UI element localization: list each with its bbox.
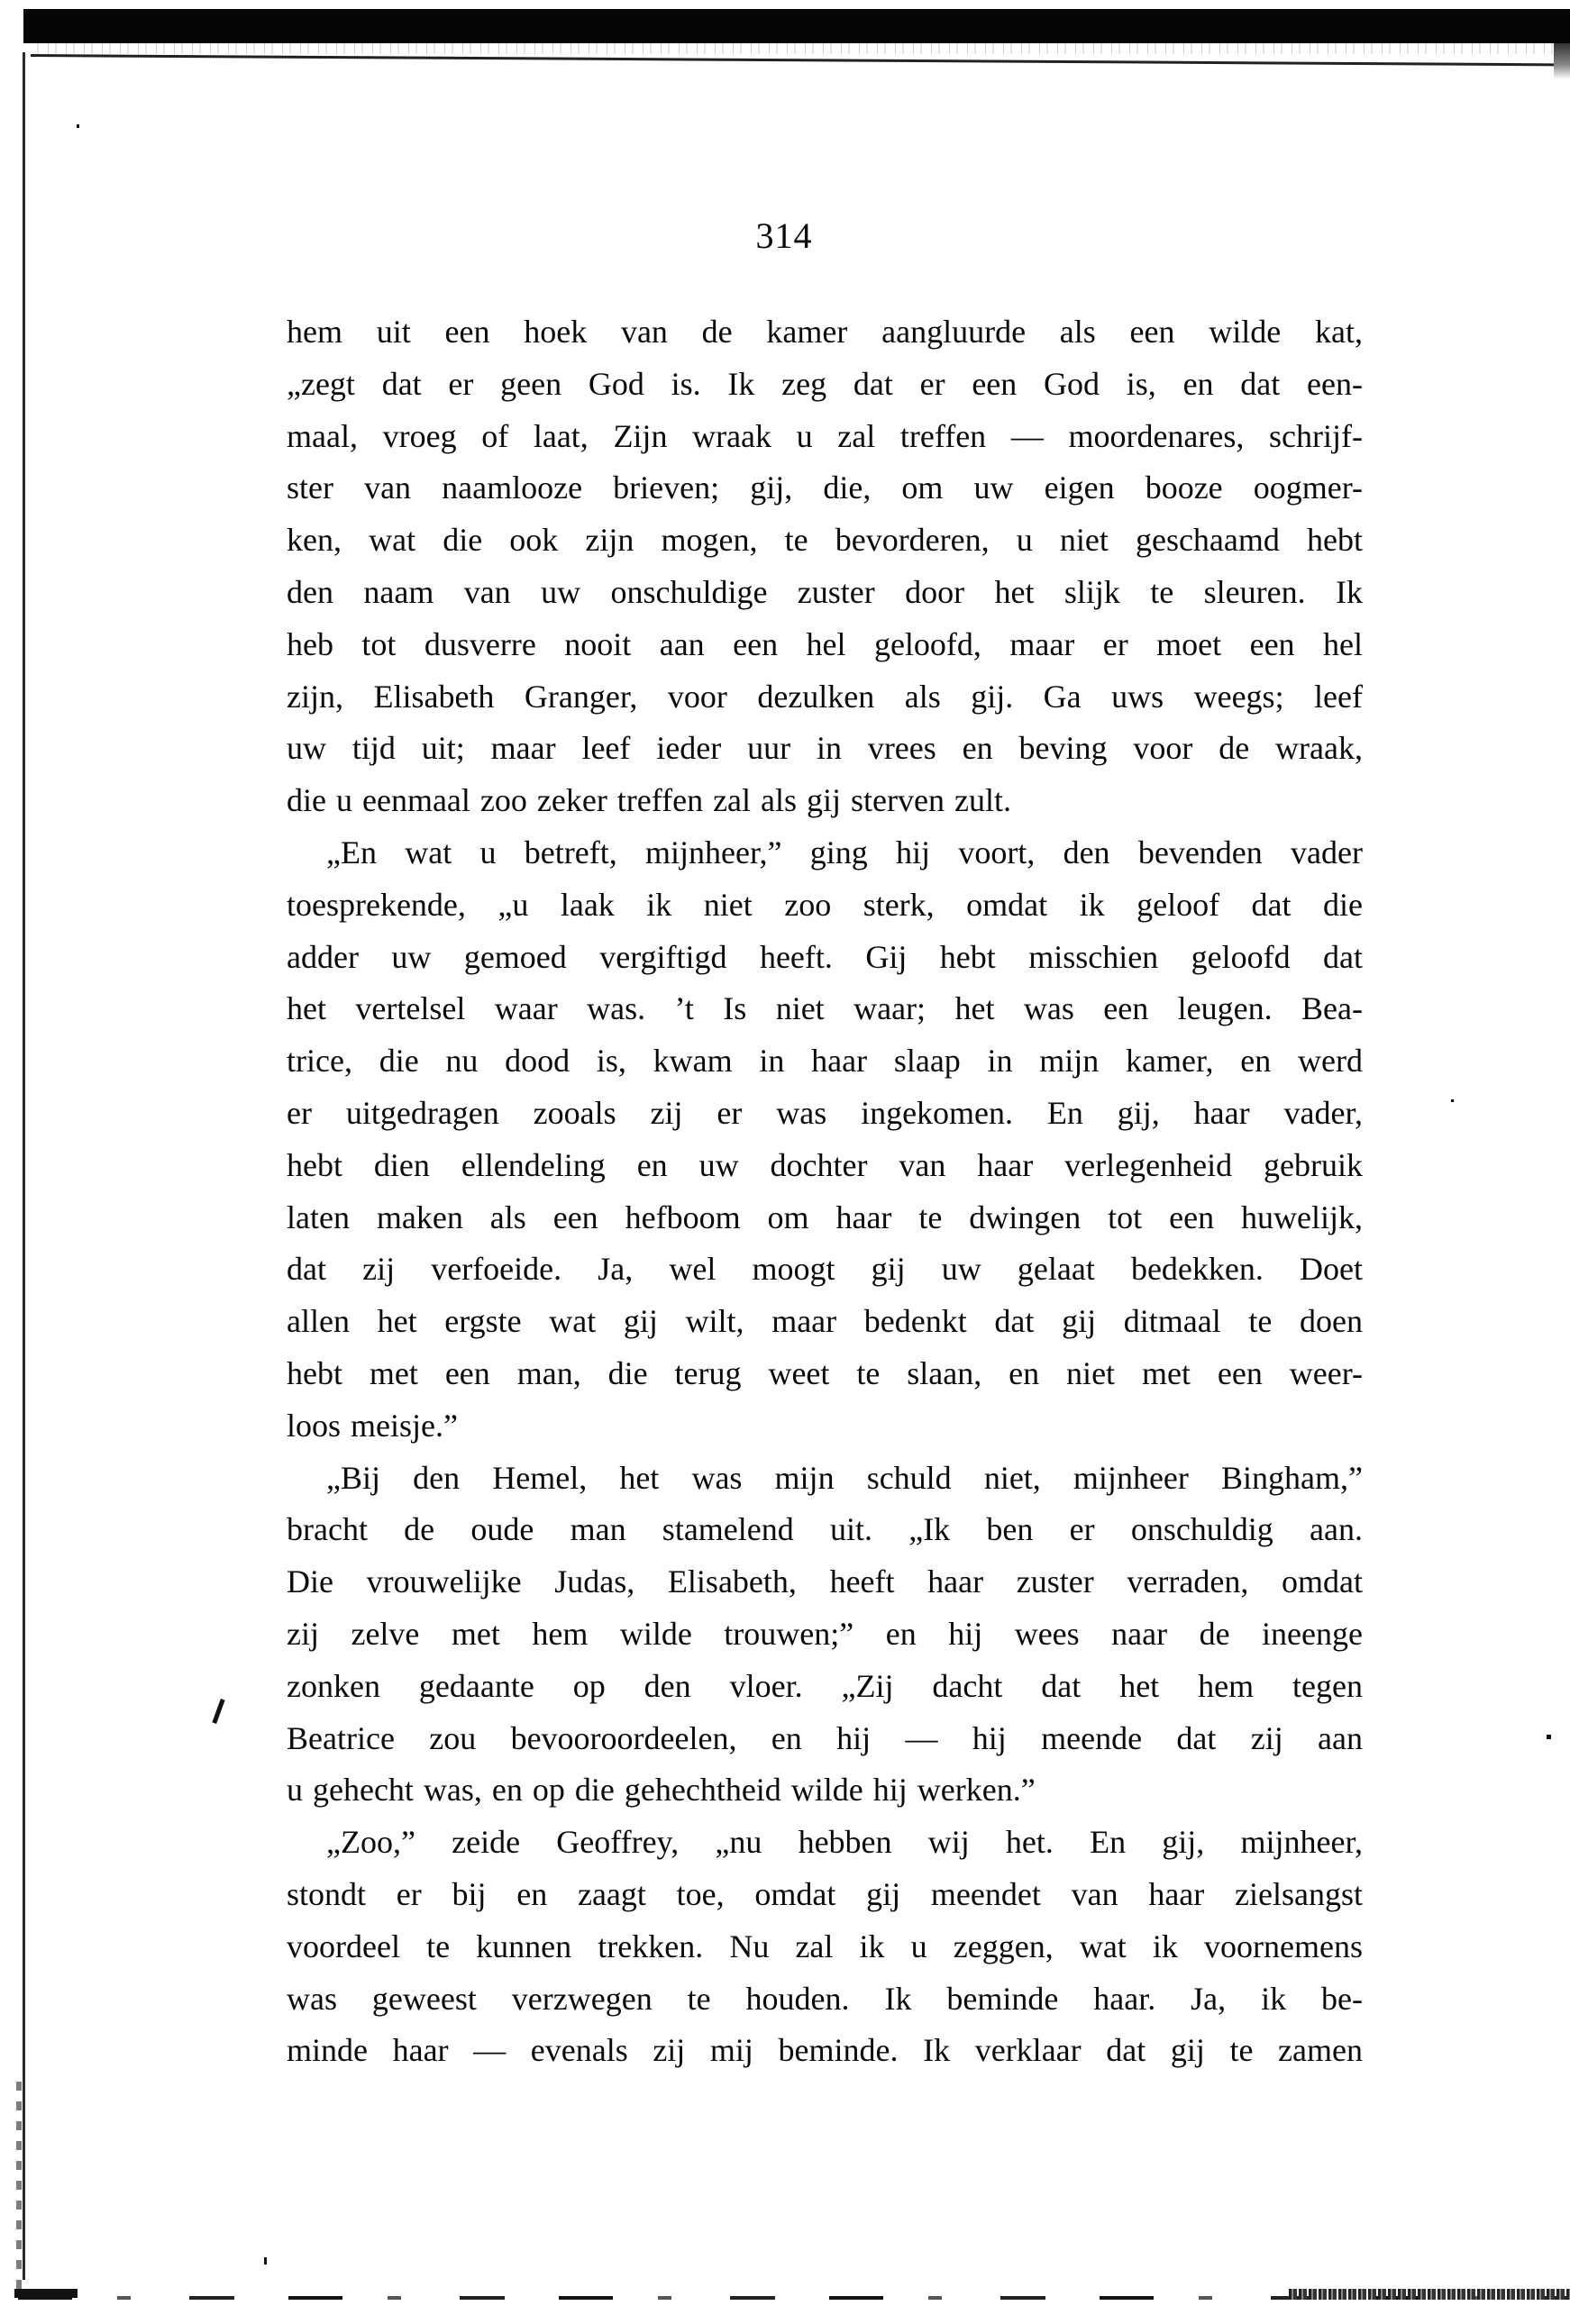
text-line: zonken gedaante op den vloer. „Zij dacht… bbox=[287, 1661, 1363, 1713]
text-line: hebt dien ellendeling en uw dochter van … bbox=[287, 1140, 1363, 1192]
text-line: was geweest verzwegen te houden. Ik bemi… bbox=[287, 1973, 1363, 2026]
text-line: den naam van uw onschuldige zuster door … bbox=[287, 567, 1363, 619]
text-line: dat zij verfoeide. Ja, wel moogt gij uw … bbox=[287, 1244, 1363, 1296]
paragraph-first-line: „En wat u betreft, mijnheer,” ging hij v… bbox=[287, 827, 1363, 879]
text-line: minde haar — evenals zij mij beminde. Ik… bbox=[287, 2025, 1363, 2077]
paragraph-first-line: „Zoo,” zeide Geoffrey, „nu hebben wij he… bbox=[287, 1817, 1363, 1869]
stray-dot bbox=[1451, 1099, 1454, 1102]
text-line: bracht de oude man stamelend uit. „Ik be… bbox=[287, 1504, 1363, 1556]
text-line: er uitgedragen zooals zij er was ingekom… bbox=[287, 1088, 1363, 1140]
text-line: allen het ergste wat gij wilt, maar bede… bbox=[287, 1296, 1363, 1348]
scan-top-speckle bbox=[31, 43, 1554, 54]
scan-bottom-left-corner bbox=[14, 2289, 78, 2298]
text-line: uw tijd uit; maar leef ieder uur in vree… bbox=[287, 723, 1363, 775]
text-line: maal, vroeg of laat, Zijn wraak u zal tr… bbox=[287, 411, 1363, 463]
text-line: stondt er bij en zaagt toe, omdat gij me… bbox=[287, 1869, 1363, 1921]
text-line: „zegt dat er geen God is. Ik zeg dat er … bbox=[287, 359, 1363, 411]
text-line: voordeel te kunnen trekken. Nu zal ik u … bbox=[287, 1921, 1363, 1973]
text-line: het vertelsel waar was. ’t Is niet waar;… bbox=[287, 983, 1363, 1035]
paragraph-first-line: „Bij den Hemel, het was mijn schuld niet… bbox=[287, 1453, 1363, 1505]
stray-dot bbox=[264, 2257, 267, 2265]
stray-dot bbox=[77, 124, 79, 128]
scan-top-border bbox=[23, 9, 1570, 43]
scan-top-rule bbox=[31, 54, 1554, 66]
text-line: adder uw gemoed vergiftigd heeft. Gij he… bbox=[287, 932, 1363, 984]
text-line: hem uit een hoek van de kamer aangluurde… bbox=[287, 306, 1363, 359]
stray-dot bbox=[1547, 1735, 1551, 1739]
text-line: toesprekende, „u laak ik niet zoo sterk,… bbox=[287, 879, 1363, 932]
text-line: ster van naamlooze brieven; gij, die, om… bbox=[287, 462, 1363, 515]
text-line: Die vrouwelijke Judas, Elisabeth, heeft … bbox=[287, 1556, 1363, 1609]
text-line: trice, die nu dood is, kwam in haar slaa… bbox=[287, 1035, 1363, 1088]
scan-corner-smudge bbox=[1554, 43, 1570, 79]
text-line: hebt met een man, die terug weet te slaa… bbox=[287, 1348, 1363, 1400]
stray-pencil-mark bbox=[212, 1699, 224, 1724]
text-line: Beatrice zou bevooroordeelen, en hij — h… bbox=[287, 1713, 1363, 1765]
body-text: hem uit een hoek van de kamer aangluurde… bbox=[287, 306, 1363, 2077]
text-line: zij zelve met hem wilde trouwen;” en hij… bbox=[287, 1609, 1363, 1661]
text-line: heb tot dusverre nooit aan een hel geloo… bbox=[287, 619, 1363, 671]
text-line: ken, wat die ook zijn mogen, te bevorder… bbox=[287, 515, 1363, 567]
text-line: laten maken als een hefboom om haar te d… bbox=[287, 1192, 1363, 1244]
text-line: zijn, Elisabeth Granger, voor dezulken a… bbox=[287, 671, 1363, 724]
text-line: die u eenmaal zoo zeker treffen zal als … bbox=[287, 775, 1363, 827]
scan-bottom-right-smudge bbox=[1289, 2289, 1570, 2300]
text-line: u gehecht was, en op die gehechtheid wil… bbox=[287, 1764, 1363, 1817]
text-line: loos meisje.” bbox=[287, 1400, 1363, 1453]
page-number: 314 bbox=[748, 214, 820, 258]
scan-left-edge bbox=[23, 52, 25, 2280]
scan-left-edge-marks bbox=[16, 2082, 22, 2289]
